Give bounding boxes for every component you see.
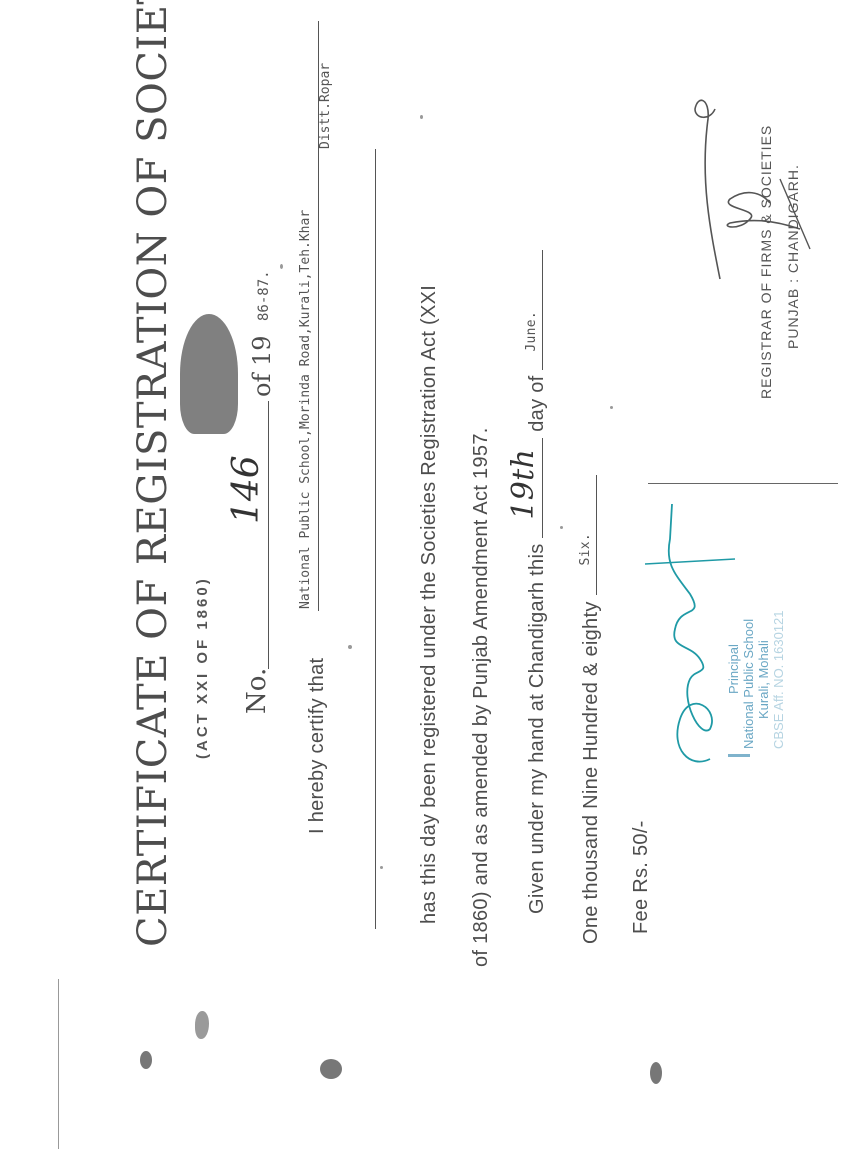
margin-rule [58,979,59,1149]
year-label: of 19 [248,336,276,398]
society-address-line2: Distt.Ropar [318,63,333,149]
punch-mark [650,1062,662,1084]
stamp-bracket [728,754,750,757]
month-field: June. [524,250,543,370]
speck [610,406,613,409]
act-reference: (ACT XXI OF 1860) [194,576,211,759]
certify-text: I hereby certify that [306,658,329,834]
stamp-affiliation: CBSE Aff. NO. 1630121 [771,610,786,749]
ink-blot [180,314,238,434]
number-label: No. [242,668,272,714]
stain [195,1011,209,1039]
year-words-field: Six. [578,475,597,595]
certificate-page: CERTIFICATE OF REGISTRATION OF SOCIETIES… [0,0,850,1169]
registration-statement: has this day been registered under the S… [418,285,441,924]
month-value: June. [524,311,539,352]
punch-mark [140,1051,152,1069]
society-name: National Public School,Morinda Road,Kura… [298,210,313,609]
year-words-value: Six. [578,533,593,566]
year-in-words: One thousand Nine Hundred & eighty Six. [578,475,603,944]
number-underline [268,401,269,669]
stamp-location: Kurali, Mohali [756,610,771,749]
speck [380,866,383,869]
attestation-stamp: Principal National Public School Kurali,… [726,610,786,749]
speck [280,264,283,269]
given-under-hand: Given under my hand at Chandigarh this 1… [524,250,549,914]
fee-amount: Fee Rs. 50/- [630,820,653,934]
registrar-title: REGISTRAR OF FIRMS & SOCIETIES [758,125,774,399]
amendment-statement: of 1860) and as amended by Punjab Amendm… [470,427,493,967]
registration-number: 146 [226,455,267,524]
blank-entry-rule [375,149,376,929]
day-field: 19th [524,438,543,538]
speck [560,526,563,529]
certificate-title: CERTIFICATE OF REGISTRATION OF SOCIETIES [130,0,176,947]
stamp-designation: Principal [726,610,741,749]
stamp-school: National Public School [741,610,756,749]
speck [348,645,352,649]
given-prefix: Given under my hand at Chandigarh this [526,543,548,914]
day-label: day of [526,375,548,431]
speck [420,115,423,119]
registrar-location: PUNJAB : CHANDIGARH. [785,164,801,349]
day-value: 19th [506,449,541,520]
year-value: 86-87. [256,270,272,321]
punch-mark [320,1059,342,1079]
year-words-prefix: One thousand Nine Hundred & eighty [580,601,602,944]
